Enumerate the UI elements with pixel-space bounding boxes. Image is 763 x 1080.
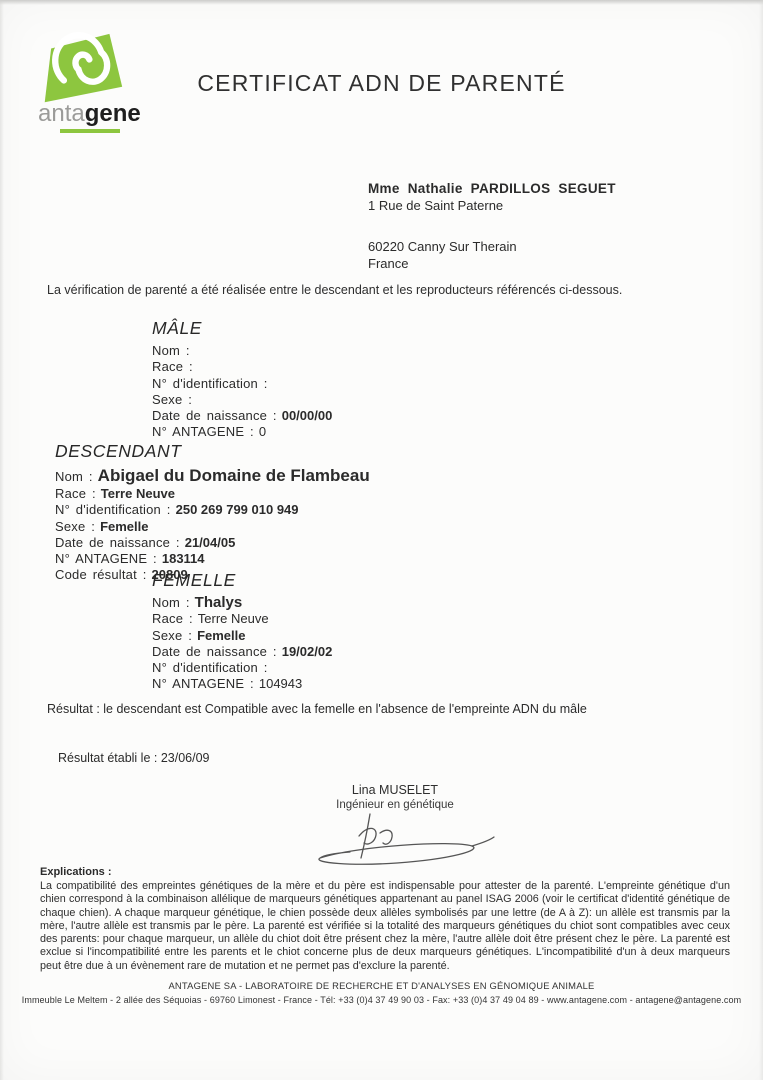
field-value: Terre Neuve [198,611,269,626]
field-row: Nom :Abigael du Domaine de Flambeau [55,466,370,486]
scan-edge-right [759,0,763,1080]
field-value: Abigael du Domaine de Flambeau [98,466,370,485]
result-statement: Résultat : le descendant est Compatible … [47,702,587,716]
section-descendant-heading: DESCENDANT [55,441,370,462]
section-descendant: DESCENDANT Nom :Abigael du Domaine de Fl… [55,441,370,584]
brand-underline [60,129,120,133]
field-label: Nom : [152,595,190,610]
field-label: Date de naissance : [152,644,277,659]
field-row: Date de naissance :21/04/05 [55,535,370,551]
field-row: N° ANTAGENE :104943 [152,676,332,692]
field-value: 19/02/02 [282,644,333,659]
brand-prefix: anta [38,100,85,127]
field-row: Race :Terre Neuve [55,486,370,502]
field-value: Thalys [195,594,243,611]
field-label: Race : [55,486,96,501]
field-value: 0 [259,424,266,439]
field-row: N° d'identification :250 269 799 010 949 [55,502,370,518]
field-label: N° ANTAGENE : [55,551,157,566]
field-value: 104943 [259,676,302,691]
field-label: N° ANTAGENE : [152,676,254,691]
recipient-address-block: Mme Nathalie PARDILLOS SEGUET 1 Rue de S… [368,180,616,272]
field-label: Race : [152,611,193,626]
field-row: N° ANTAGENE :0 [152,424,332,440]
recipient-postal-city: 60220 Canny Sur Therain [368,238,616,255]
field-label: Nom : [55,469,93,484]
scan-edge-left [0,0,4,1080]
field-value: 21/04/05 [185,535,236,550]
recipient-street: 1 Rue de Saint Paterne [368,197,616,214]
field-row: Sexe :Femelle [152,628,332,644]
recipient-name: Mme Nathalie PARDILLOS SEGUET [368,180,616,197]
field-label: Date de naissance : [55,535,180,550]
field-label: Sexe : [55,519,95,534]
footer-company-line: ANTAGENE SA - LABORATOIRE DE RECHERCHE E… [0,980,763,991]
field-row: Sexe :Femelle [55,519,370,535]
signature-block: Lina MUSELET Ingénieur en génétique [300,783,490,811]
brand-suffix: gene [85,100,141,127]
field-label: Code résultat : [55,567,147,582]
footer-contact-line: Immeuble Le Meltem - 2 allée des Séquoia… [0,995,763,1005]
field-label: Nom : [152,343,190,358]
section-male: MÂLE Nom : Race : N° d'identification : … [152,318,332,441]
field-row: Date de naissance :00/00/00 [152,408,332,424]
field-label: N° ANTAGENE : [152,424,254,439]
field-row: Race :Terre Neuve [152,611,332,627]
signer-name: Lina MUSELET [300,783,490,797]
address-spacer [368,214,616,238]
field-row: Date de naissance :19/02/02 [152,644,332,660]
handwritten-signature-icon [302,810,497,870]
scan-edge-top [0,0,763,5]
section-femelle: FEMELLE Nom :Thalys Race :Terre Neuve Se… [152,570,332,693]
brand-wordmark: antagene [38,100,141,128]
field-value: 00/00/00 [282,408,333,423]
field-label: Race : [152,359,193,374]
recipient-country: France [368,255,616,272]
field-value: 250 269 799 010 949 [176,502,299,517]
section-male-heading: MÂLE [152,318,332,339]
field-label: N° d'identification : [55,502,171,517]
field-row: N° d'identification : [152,376,332,392]
field-label: Sexe : [152,628,192,643]
scanned-certificate-page: antagene CERTIFICAT ADN DE PARENTÉ Mme N… [0,0,763,1080]
explanations-heading: Explications : [40,866,730,878]
explanations-block: Explications : La compatibilité des empr… [40,866,730,973]
result-established-date: Résultat établi le : 23/06/09 [58,751,210,765]
page-title: CERTIFICAT ADN DE PARENTÉ [0,70,763,97]
field-value: Terre Neuve [101,486,175,501]
field-row: N° d'identification : [152,660,332,676]
field-value: 183114 [162,551,205,566]
field-row: Sexe : [152,392,332,408]
field-row: Race : [152,359,332,375]
field-row: Nom : [152,343,332,359]
field-label: N° d'identification : [152,660,268,675]
footer: ANTAGENE SA - LABORATOIRE DE RECHERCHE E… [0,980,763,1005]
field-value: Femelle [100,519,148,534]
field-label: Date de naissance : [152,408,277,423]
field-row: Nom :Thalys [152,595,332,611]
field-label: Sexe : [152,392,192,407]
field-label: N° d'identification : [152,376,268,391]
section-femelle-heading: FEMELLE [152,570,332,591]
intro-sentence: La vérification de parenté a été réalisé… [47,283,622,297]
field-value: Femelle [197,628,245,643]
field-row: N° ANTAGENE :183114 [55,551,370,567]
explanations-body: La compatibilité des empreintes génétiqu… [40,880,730,973]
